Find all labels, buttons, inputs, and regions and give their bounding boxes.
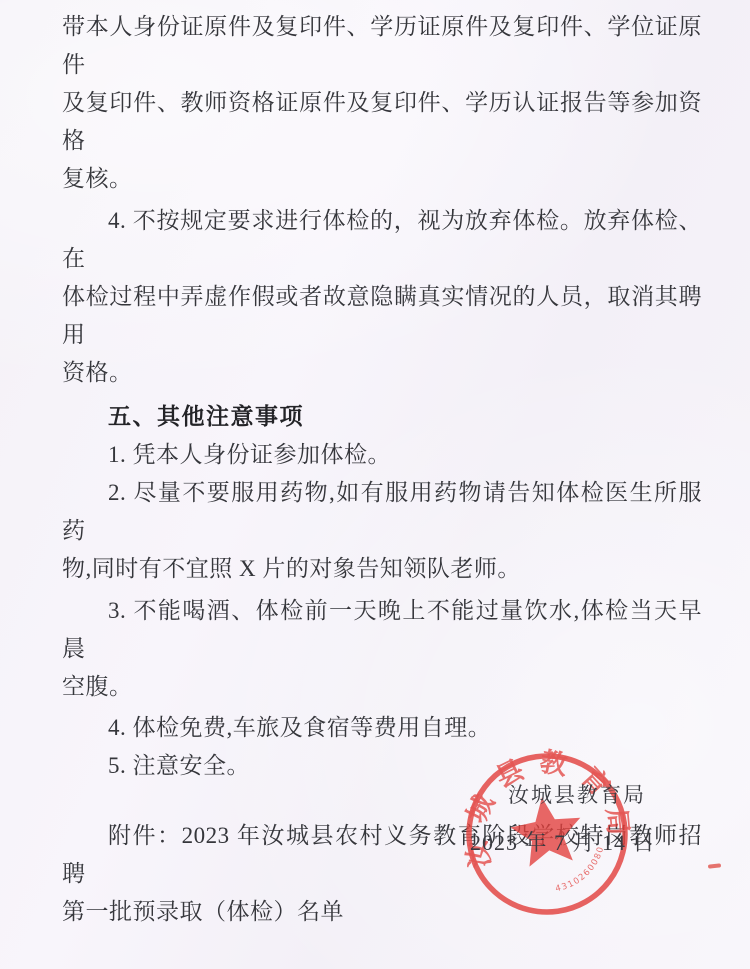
red-ink-smudge [708,863,721,868]
text-line: 空腹。 [62,668,702,706]
signature-date: 2023 年 7 月 14 日 [470,826,705,857]
text-line: 资格。 [62,354,702,392]
text-line: 体检过程中弄虚作假或者故意隐瞒真实情况的人员，取消其聘用 [62,278,702,354]
text-line: 复核。 [62,160,702,198]
text-line: 2. 尽量不要服用药物,如有服用药物请告知体检医生所服药 [62,474,702,550]
text-line: 物,同时有不宜照 X 片的对象告知领队老师。 [62,550,702,588]
section-heading: 五、其他注意事项 [62,398,702,436]
text-line: 1. 凭本人身份证参加体检。 [62,436,702,474]
text-line: 3. 不能喝酒、体检前一天晚上不能过量饮水,体检当天早晨 [62,592,702,668]
text-line: 及复印件、教师资格证原件及复印件、学历认证报告等参加资格 [62,84,702,160]
signature-org: 汝城县教育局 [470,779,705,809]
text-line: 带本人身份证原件及复印件、学历证原件及复印件、学位证原件 [62,8,702,84]
text-line: 4. 不按规定要求进行体检的，视为放弃体检。放弃体检、在 [62,202,702,278]
signature-block: 汝城县教育局 2023 年 7 月 14 日 [470,779,705,857]
document-page: 带本人身份证原件及复印件、学历证原件及复印件、学位证原件 及复印件、教师资格证原… [0,0,750,969]
